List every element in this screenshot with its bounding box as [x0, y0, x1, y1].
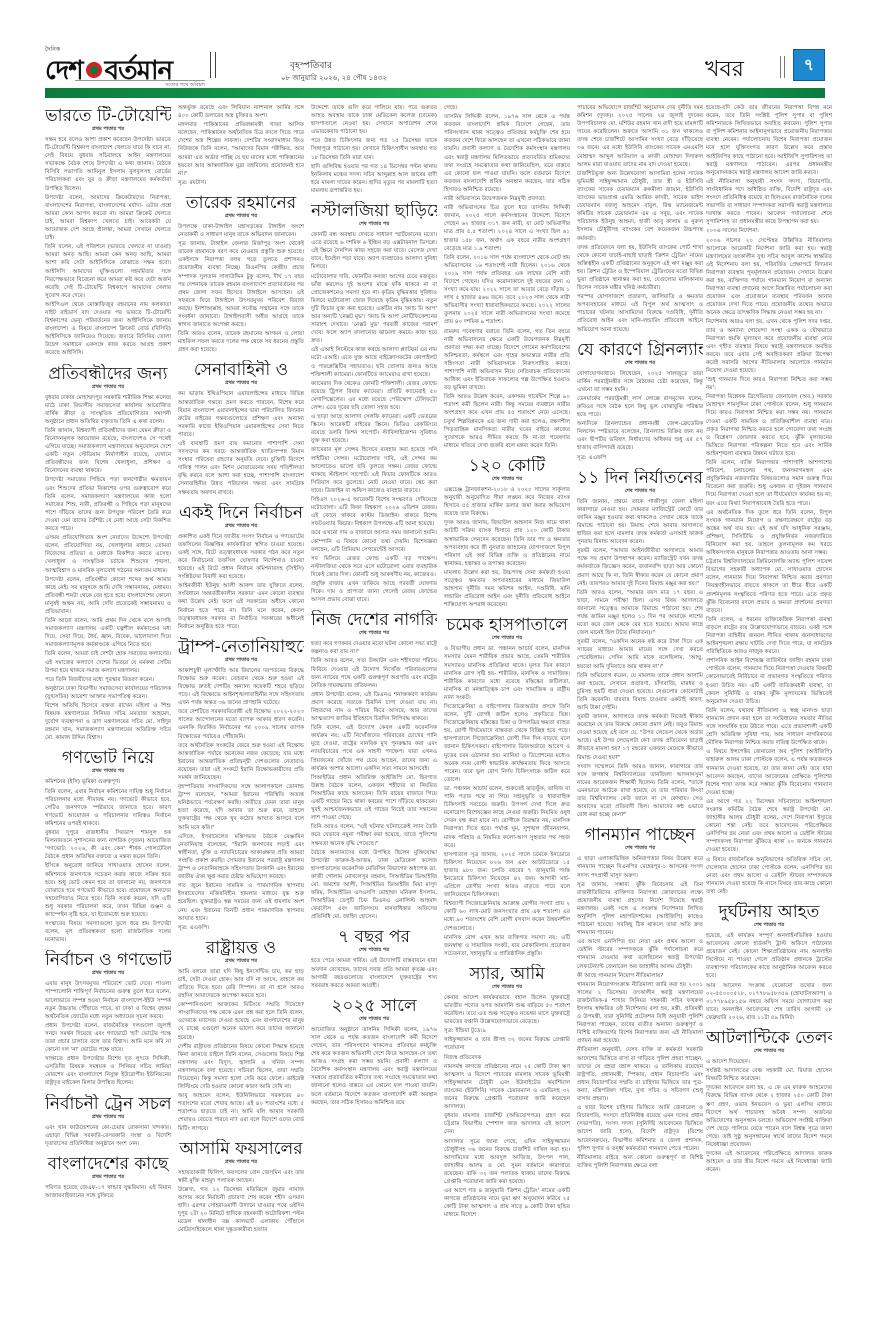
article-body: কেনার আদেশ কার্যকরভাবে বহাল ছিলেন যুক্তর… [444, 994, 570, 1220]
continued-from-label: প্রথম পাতার পর [178, 657, 304, 665]
article[interactable]: গণভোট নিয়েপ্রথম পাতার পরকমিশনের (ইসি) ভ… [45, 748, 171, 944]
paragraph: নীতিমালার বাইরে অন্য কোনো গুরুত্বপূর্ণ ব… [577, 1154, 703, 1170]
article-body: বুধবার ঢাকায় মোহাম্মদপুর সরকারি শারীরিক… [45, 394, 171, 743]
paragraph: এর অর্থনৈতিক দিক তুলে ধরে তিনি বলেন, বিপ… [706, 509, 832, 558]
article[interactable]: একই দিনে নির্বাচনপ্রথম পাতার পরপ্রকাশিত … [178, 503, 304, 631]
paragraph: সুরভী জানান, আদালতে তদন্ত কর্মকর্তা নিজে… [577, 713, 703, 762]
paragraph: ইসিকে অনুরোধ জানিয়ে সাখাওয়াত হোসেন বলে… [45, 862, 171, 919]
article-body: প্রকাশিত একই দিনে জাতীয় সংসদ নির্বাচন ও… [178, 533, 304, 631]
paragraph: সুরভী বলেন, "আমার আইনজীবীরা আদালতে আমার … [577, 547, 703, 587]
continued-from-label: প্রথম পাতার পর [45, 1174, 171, 1182]
paragraph: তিনি বলেন, ব্যক্তি নিরাপত্তার পাশাপাশি আ… [706, 459, 832, 508]
paragraph: তিনি আরও বলেন, "আমার বয়স মাত্র ১৭ বছর। … [577, 589, 703, 638]
article-headline[interactable]: নস্টালজিয়া ছাড়িয়ে [311, 201, 437, 221]
article[interactable]: ট্রাম্প-নেতানিয়াহুকেপ্রথম পাতার পরআকাশচ… [178, 637, 304, 932]
paragraph: সংস্কারের বিষয়ে সমস্যাগুলো তুলে ধরে শ্র… [45, 920, 171, 944]
paragraph: বৃহস্পতিবার সাংবাদিকদের সঙ্গে আলাপকালে ড… [178, 783, 304, 832]
paragraph: বিশ্বব্যাপী সিজোফ্রেনিয়ায় আক্রান্ত রোগ… [444, 900, 570, 932]
article-headline[interactable]: প্রতিবন্ধীদের জন্য [45, 364, 171, 384]
paragraph: সাক্ষাতে প্রধান উপদেষ্টার বিশেষ দূত লুৎফ… [45, 1055, 171, 1087]
paragraph: এ বিষয়ে ইন্সপেক্টর জেনারেল অব পুলিশ (আই… [706, 748, 832, 797]
paragraph: আমি বলবো তারা যদি কিছু ইনসেন্টিভ চায়, ক… [178, 968, 304, 1000]
paragraph: সূত্র জানায়, টাঙ্গাইল জেলার মির্জাপুর অ… [178, 240, 304, 329]
issue-day: বৃহস্পতিবার [290, 58, 332, 73]
paragraph: ২০০৬ সালের ২০ সেপ্টেম্বর উল্লিখিত নীতিমা… [706, 237, 832, 318]
article-body: কমিশনের (ইসি) ভূমিকা গুরুত্বপূর্ণ।তিনি ব… [45, 778, 171, 944]
paragraph: পাচারের অভিযোগে চার্জশিট অনুমোদন দেয় দু… [577, 104, 703, 169]
paragraph: হতে পেরে আমরা গর্বিত। এই উদ্যোগটি বাস্তব… [311, 957, 437, 989]
article-body: আমি বলবো তারা যদি কিছু ইনসেন্টিভ চায়, ক… [178, 968, 304, 1133]
paragraph: রামরুর গবেষণার বরাতে তিনি বলেন, গত তিন ব… [444, 328, 570, 393]
article-body: অন্তর্ভুক্ত রয়েছে এবং লিবিয়ান ন্যাশনাল… [178, 104, 304, 187]
paragraph: সিআইডির প্রধান অতিরিক্ত আইজিপি মো. ছিবগা… [311, 774, 437, 823]
paragraph: প্রধান উপদেষ্টা বলেন, এই ডিএনএ শনাক্তকরণ… [311, 691, 437, 723]
paragraph: উপলক্ষে ঢাকা-টাঙ্গাইল মহাসড়কের টাঙ্গাইল… [178, 223, 304, 239]
article-body: এ আদেশ দিয়েছেন।সংশ্লিষ্ট আদালতের বেঞ্চ … [706, 1058, 832, 1174]
continued-from-label: প্রথম পাতার পর [178, 380, 304, 388]
paragraph: তিনি আরো বলেন, আমি প্রথম দিন থেকে বলে আস… [45, 617, 171, 649]
paragraph: সক্ষম হবে বলেও আশা প্রকাশ করেছেন উপদেষ্ট… [45, 136, 171, 193]
paragraph: কোম্পানিগুলো আজকের মিটিংয়ে সম্মতি দিয়ে… [178, 1001, 304, 1041]
paragraph: সহায়তাকারী ফিলিপ, ফয়সলের বোন জেসমিন এব… [178, 1169, 304, 1185]
paragraph: মঙ্গলবার পাকিস্তানের প্রতিরক্ষামন্ত্রী খ… [178, 121, 304, 178]
paragraph: দুদকের এই আবেদনের পরিপ্রেক্ষিতে আদালত ফা… [706, 1150, 832, 1174]
article[interactable]: নস্টালজিয়া ছাড়িয়েশেষ পাতার পরফোনটি বন… [311, 201, 437, 604]
continued-from-label: শেষ পাতার পর [444, 984, 570, 992]
paragraph: এর আগে গত ৪ জানুয়ারি 'ক্রিশন ট্রেডিং' ন… [444, 1187, 570, 1219]
article-headline[interactable]: গানম্যান পাচ্ছেন [577, 825, 703, 845]
article-body: ফোনটি বন্ধ অবস্থায় দেখতে সাধারণ স্মার্ট… [311, 231, 437, 604]
paragraph: গত জুনে ইরানের সামরিক ও পারমাণবিক স্থাপন… [178, 882, 304, 922]
article-headline[interactable]: স্যার, আমি [444, 964, 570, 984]
article-headline[interactable]: ১১ দিন নির্যাতনের [577, 468, 703, 488]
section-divider [780, 56, 785, 78]
masthead-divider [210, 52, 216, 78]
paragraph: আয়োজিত অনুষ্ঠানে তাসনিম সিদ্দিকী বলেন, … [311, 1026, 437, 1107]
article-body: কম ভাড়ায় ইথিওপিয়ান এয়ারলাইন্সের মাধ্… [178, 390, 304, 496]
article[interactable]: নিজ দেশের নাগরিকশেষ পাতার পরহত্যা করে গণ… [311, 610, 437, 921]
paragraph: তদন্ত প্রতিবেদনে বলা হয়, ইউসিবি ব্যাংকে… [577, 244, 703, 293]
continued-from-label: প্রথম পাতার পর [178, 213, 304, 221]
paragraph: প্রযুক্তি বাজার এখন তাকিয়ে আছে পরবর্তী … [311, 580, 437, 604]
paragraph: তিনি আরও বলেন, তারেক রহমানের আগমন ও লোয়… [178, 330, 304, 354]
paragraph: তিনি অভিযোগ করেন, যে মামলায় তাকে প্রধান… [577, 672, 703, 712]
article[interactable]: উদ্দেশ্যে তাকে গুলি করে পালিয়ে যায়। পর… [311, 104, 437, 195]
article-headline[interactable]: নিজ দেশের নাগরিক [311, 610, 437, 630]
continued-from-label: প্রথম পাতার পর [178, 1159, 304, 1167]
paragraph: চার্জশিটভুক্ত অন্য উল্লেখযোগ্য আসামিরা হ… [577, 170, 703, 243]
paragraph: তিনি জানান, বিশ্বব্যাপী প্রতিবন্ধীদের জন… [45, 427, 171, 476]
paragraph: যোগাযোগমাধ্যমে লিখেছেন, ২০২৫ সালজুড়ে তা… [577, 370, 703, 394]
article-headline[interactable]: নির্বাচন ও গণভোট [45, 950, 171, 970]
paragraph: উদ্দেশ্যে তাকে গুলি করে পালিয়ে যায়। পর… [311, 104, 437, 136]
masthead: দৈনিক দেশবর্তমান সত্যের পথে অবিচল বৃহস্প… [45, 40, 825, 88]
paragraph: কী আছে গানম্যান নিয়োগ নীতিমালায়? [577, 972, 703, 980]
paragraph: ক্যামেরার দিক থেকেও ফোনটি শক্তিশালী। রেজ… [311, 380, 437, 412]
paragraph: হয়েছে-যদি কেউ তার জীবনের নিরাপত্তা বিপন… [706, 104, 832, 177]
paragraph: তবে অর্থনৈতিক সংকটের জেরে শুরু হওয়া এই … [178, 742, 304, 782]
paragraph: সংবাদ সম্মেলনে তিনি আরও জানান, কারাগারে … [577, 763, 703, 820]
article-headline[interactable]: বাংলাদেশের কাছে [45, 1154, 171, 1174]
paragraph: কেনার আদেশ কার্যকরভাবে বহাল ছিলেন যুক্তর… [444, 994, 570, 1026]
continued-from-label: শেষ পাতার পর [311, 630, 437, 638]
paragraph: তিনি আরও উল্লেখ করেন, একসময় গার্মেন্টস … [444, 393, 570, 450]
continued-from-label: শেষ পাতার পর [311, 221, 437, 229]
continued-from-label: শেষ পাতার পর [444, 476, 570, 484]
paragraph: তিনি বলেন, যথাযথ নীতিমালা ও স্বচ্ছ মানদণ… [706, 707, 832, 747]
paragraph: তিনি বলেন, আমরা চাই দেশটা হোক সমাজের কল্… [45, 650, 171, 674]
article-headline[interactable]: ৭ বছর পর [311, 927, 437, 947]
paragraph: ফোনটি বন্ধ অবস্থায় দেখতে সাধারণ স্মার্ট… [311, 231, 437, 271]
article-headline[interactable]: তারেক রহমানের [178, 193, 304, 213]
article-body: তিনি জানান, প্রথমে তাকে গাজীপুর জেলা মহি… [577, 498, 703, 820]
continued-from-label: শেষ পাতার পর [311, 1016, 437, 1024]
paragraph: তিনি জানান, প্রথমে তাকে গাজীপুর জেলা মহি… [577, 498, 703, 547]
article-body: এক্সচেঞ্জ ট্রানজাকশন-২০১৮ ও ২০২০ সালের স… [444, 486, 570, 609]
continued-from-label: প্রথম পাতার পর [45, 768, 171, 776]
continued-from-label: শেষ পাতার পর [577, 488, 703, 496]
paragraph: সিইএস ২০২৬-এ আরেকটি বিশেষ সংস্করণও দেখিয… [311, 496, 437, 528]
article-body: এবং খান ফাউন্ডেশনের কো-চেয়ার রোকসানা খন… [45, 1124, 171, 1148]
paragraph: বুধবার ঢাকায় মোহাম্মদপুর সরকারি শারীরিক… [45, 394, 171, 426]
article-body: সক্ষম হবে বলেও আশা প্রকাশ করেছেন উপদেষ্ট… [45, 136, 171, 358]
article-headline[interactable]: দুর্ঘটনায় আহত [706, 902, 832, 922]
paragraph: তিনি বলেন, এই উদ্যোগ কেবল একটি ফরেনসিক ক… [311, 724, 437, 773]
paragraph: সব মিলিয়ে রেজর ফোল্ড একটি বড় পদক্ষেপ। … [311, 555, 437, 579]
paragraph: আকাশচুম্বী মূল্যস্ফীতি আর রিয়ালের দরপতন… [178, 667, 304, 707]
article-body: উদ্দেশ্যে তাকে গুলি করে পালিয়ে যায়। পর… [311, 104, 437, 195]
continued-from-label: শেষ পাতার পর [706, 1048, 832, 1056]
paragraph: নারী অভিবাসনের চিত্র তুলে ধরে তাসনিম সিদ… [444, 204, 570, 253]
paragraph: এ ছাড়া বিশেষ চাহিদার ভিত্তিতে আর্মি জেন… [577, 1104, 703, 1153]
paragraph: পরিণত হয়েছে জেএফ-১৭ থান্ডার যুদ্ধবিমান।… [45, 1184, 171, 1200]
article[interactable]: সেনাবাহিনী ওপ্রথম পাতার পরকম ভাড়ায় ইথি… [178, 360, 304, 496]
article-headline[interactable]: নির্বাচনী ট্রেন সচল [45, 1094, 171, 1114]
page-number-badge: ৭ [793, 49, 825, 81]
paragraph: হাসপাতাল সূত্র জানায়, ২০২৫ সালে চমেকে ই… [444, 851, 570, 900]
article[interactable]: দুর্ঘটনায় আহতশেষ পাতার পরহয়েছে, এই কার… [706, 902, 832, 1022]
paragraph: অনুষ্ঠানে ঢাকা বিভাগীয় সমাজসেবা কার্যাল… [45, 685, 171, 701]
article[interactable]: নির্বাচন ও গণভোটপ্রথম পাতার পরএবার মানুষ… [45, 950, 171, 1087]
paragraph: সুরভী বলেন, "একদিন অনেক কষ্ট করে টাকা দি… [577, 638, 703, 670]
article[interactable]: ১১ দিন নির্যাতনেরশেষ পাতার পরতিনি জানান,… [577, 468, 703, 820]
continued-from-label: প্রথম পাতার পর [178, 523, 304, 531]
column-2: অন্তর্ভুক্ত রয়েছে এবং লিবিয়ান ন্যাশনাল… [178, 104, 304, 1314]
paragraph: সাইফুজ্জামান ও তার স্ত্রীসহ ৩২ জনের বিরু… [444, 1036, 570, 1052]
paragraph: তবে এখনো দাম ও বাজারে আসার সময় জানানো হ… [311, 529, 437, 553]
article-headline[interactable]: ভারতে টি-টোয়েন্টি [45, 106, 171, 126]
paragraph: এ আদেশ দিয়েছেন। [706, 1058, 832, 1066]
paragraph: এই এআই সিস্টেমে কাজ করছে আলাদা প্ল্যাটফর… [311, 346, 437, 378]
paragraph: উল্লেখ্য, গত ১২ ডিসেম্বর মতিঝিলে জুমার ন… [178, 1186, 304, 1235]
paragraph: অন্তর্ভুক্ত রয়েছে এবং লিবিয়ান ন্যাশনাল… [178, 104, 304, 120]
article-headline[interactable]: ১২০ কোটি [444, 456, 570, 476]
paragraph: ২০০৬ সালের নির্দেশনা: [706, 227, 832, 235]
paragraph: দুদক আরও জানায়, জিয়াউল আহসান নিজ নামে … [444, 519, 570, 568]
article[interactable]: গেছে।তাসনিম সিদ্দিকী বলেন, ১৯৭৬ সাল থেকে… [444, 104, 570, 450]
paragraph: তিনি বলেন, এই পজিশনে (ভারতে খেলতে না যাও… [45, 243, 171, 300]
column-3: উদ্দেশ্যে তাকে গুলি করে পালিয়ে যায়। পর… [311, 104, 437, 1314]
paragraph: নামসর্বস্ব কাগজে প্রতিষ্ঠানের নামে ২৫ কো… [444, 1063, 570, 1112]
paragraph: এ বিষয়ে রাজনৈতিক অনুবিভাগের অতিরিক্ত সচ… [706, 856, 832, 896]
paragraph: তবে দেশটিতে সরকারবিরোধী এই বিক্ষোভ ২০২২-… [178, 708, 304, 740]
paragraph: তিনি আরও বলেন, সত্য উদ্ঘাটন এবং শহীদদের … [311, 657, 437, 689]
article-headline[interactable]: রাষ্ট্রায়ত্ত ও [178, 938, 304, 958]
article-headline[interactable]: আসামি ফয়সালের [178, 1139, 304, 1159]
article-body: ও বিভাগীয় প্রধান ডা. পঞ্চানন আচার্য বলে… [444, 645, 570, 958]
article[interactable]: ১২০ কোটিশেষ পাতার পরএক্সচেঞ্জ ট্রানজাকশন… [444, 456, 570, 609]
article-headline[interactable]: একই দিনে নির্বাচন [178, 503, 304, 523]
paragraph: পরে উন্নত চিকিৎসার জন্য গত ১৫ ডিসেম্বর ত… [311, 137, 437, 161]
article[interactable]: যে কারণে গ্রিনল্যান্ডশেষ পাতার পরযোগাযোগ… [577, 340, 703, 462]
article-headline[interactable]: ট্রাম্প-নেতানিয়াহুকে [178, 637, 304, 657]
paragraph: এসময় প্রতিযোগিতায় অংশ নেয়াদের উদ্দেশ্… [45, 534, 171, 574]
paragraph: বিশেষ অতিথি হিসেবে বক্তব্য রাখেন মহিলা ও… [45, 702, 171, 742]
paragraph: চট্টগ্রাম বিশ্ববিদ্যালয়ের ক্রিমিনোলজি অ… [706, 558, 832, 615]
paragraph: এদিকে, ইসরায়েলের মন্ত্রিসভার বৈঠকে বেঞ্… [178, 833, 304, 882]
paragraph: এক্সচেঞ্জ ট্রানজাকশন-২০১৮ ও ২০২০ সালের স… [444, 486, 570, 518]
article[interactable]: তারেক রহমানেরপ্রথম পাতার পরউপলক্ষে ঢাকা-… [178, 193, 304, 355]
article-body: পাচারের অভিযোগে চার্জশিট অনুমোদন দেয় দু… [577, 104, 703, 334]
article-body: যোগাযোগমাধ্যমে লিখেছেন, ২০২৫ সালজুড়ে তা… [577, 370, 703, 462]
article[interactable]: অন্তর্ভুক্ত রয়েছে এবং লিবিয়ান ন্যাশনাল… [178, 104, 304, 187]
article-body: হয়েছে, এই কার্যক্রম সম্পূর্ণ অনলাইনভিত্… [706, 932, 832, 1022]
article-body: এবার মানুষ উৎসবমুখর পরিবেশে ভোট দেবে। পা… [45, 980, 171, 1087]
paragraph: ডা. পঞ্চানন আচার্য বলেন, শুরুতেই ঝাড়ফুঁ… [444, 785, 570, 850]
article-body: হতে পেরে আমরা গর্বিত। এই উদ্যোগটি বাস্তব… [311, 957, 437, 989]
paragraph: নির্দেশনায় আরও বলা হয়, এখন থেকে পুলিশ … [706, 318, 832, 375]
continued-from-label: প্রথম পাতার পর [178, 958, 304, 966]
paragraph: আবু আহমেদ বলেন, ইউনিলিভারে সরকারের ৪০ শত… [178, 1092, 304, 1132]
paragraph: সূত্র: ইন্ডিয়া টুডে।৯ [444, 1027, 570, 1035]
paragraph: দুদকের আবেদনে বলা হয়, এ কে এম ফারুক আহম… [706, 1084, 832, 1149]
paragraph: সূত্র: রয়টার্স। [178, 179, 304, 187]
paragraph: আইনজীবী ইউনুছ আলী আকন্দ তার যুক্তিতে বলে… [178, 582, 304, 631]
article[interactable]: বাংলাদেশের কাছেপ্রথম পাতার পরপরিণত হয়েছ… [45, 1154, 171, 1200]
paragraph: এ ছাড়া আছে আলাদা সেলফি ক্যামেরা। একটি ভ… [311, 413, 437, 445]
paragraph: তাসনিম সিদ্দিকী বলেন, ১৯৭৬ সাল থেকে এ পর… [444, 113, 570, 194]
masthead-green-rule [45, 88, 825, 98]
paragraph: উপদেষ্টা বলেন, আমাদের ক্রিকেটারদের নিরাপ… [45, 194, 171, 243]
paragraph: মটোরোলার দাবি, ফোনটির কবজা আগের চেয়ে মজ… [311, 273, 437, 346]
paragraph: হত্যা করে গণকবর দেওয়ার মতো ঘটনা কোনো সভ… [311, 640, 437, 656]
issue-date: ০৮ জানুয়ারি ২০২৬, ২৪ পৌষ ১৪৩২ [281, 72, 387, 84]
article[interactable]: রাষ্ট্রায়ত্ত ওপ্রথম পাতার পরআমি বলবো তা… [178, 938, 304, 1133]
article-headline[interactable]: ২০২৫ সালে [311, 996, 437, 1016]
paragraph: বুধবার মামলার চার্জশিট (অভিযোগপত্র) গ্রহ… [444, 1112, 570, 1136]
paragraph: পরে তিনি বিজয়ীদের মধ্যে পুরস্কার বিতরণ … [45, 676, 171, 684]
paragraph: নীতিমালা অনুযায়ী, যেসব ব্যক্তি বা কর্মক… [577, 1046, 703, 1103]
continued-from-label: প্রথম পাতার পর [45, 1114, 171, 1122]
article-body: আয়োজিত অনুষ্ঠানে তাসনিম সিদ্দিকী বলেন, … [311, 1026, 437, 1107]
continued-from-label: শেষ পাতার পর [706, 922, 832, 930]
continued-from-label: শেষ পাতার পর [577, 845, 703, 853]
paragraph: উপদেষ্টা বলেন, প্রতিবন্ধীর কোনো শব্দের অ… [45, 576, 171, 616]
column-6: হয়েছে-যদি কেউ তার জীবনের নিরাপত্তা বিপন… [706, 104, 832, 1314]
article-body: গেছে।তাসনিম সিদ্দিকী বলেন, ১৯৭৬ সাল থেকে… [444, 104, 570, 450]
paragraph: ক্যামেরার মূল সেন্সর হিসেবে ব্যবহার করা … [311, 446, 437, 495]
continued-from-label: প্রথম পাতার পর [45, 384, 171, 392]
article[interactable]: প্রতিবন্ধীদের জন্যপ্রথম পাতার পরবুধবার ঢ… [45, 364, 171, 743]
article-body: এ ছাড়া এলাকাভিত্তিক অনিরাপত্তার বিষয় উ… [577, 855, 703, 1170]
continued-from-label: প্রথম পাতার পর [45, 126, 171, 134]
paragraph: সূত্র: এএফপি [577, 454, 703, 462]
article-headline[interactable]: আটলান্টিকে তেলবাহী [706, 1028, 832, 1048]
continued-from-label: শেষ পাতার পর [577, 360, 703, 368]
paragraph: এই ব্যবস্থাটি ভ্রমণ ব্যয় কমানোর পাশাপাশ… [178, 440, 304, 497]
paragraph: হয়েছে, এই কার্যক্রম সম্পূর্ণ অনলাইনভিত্… [706, 932, 832, 981]
paragraph: আইপিএল থেকে মোস্তাফিজুর রহমানের নাম কলকা… [45, 301, 171, 358]
article[interactable]: পাচারের অভিযোগে চার্জশিট অনুমোদন দেয় দু… [577, 104, 703, 334]
article[interactable]: নির্বাচনী ট্রেন সচলপ্রথম পাতার পরএবং খান… [45, 1094, 171, 1148]
paragraph: ডেনমার্কের পররাষ্ট্রমন্ত্রী লার্স লোক্কে… [577, 395, 703, 419]
column-5: পাচারের অভিযোগে চার্জশিট অনুমোদন দেয় দু… [577, 104, 703, 1314]
paragraph: তিনি বলেন, ২০১৬ সাল পর্যন্ত বাংলাদেশ থেক… [444, 254, 570, 327]
paragraph: তিনি বলেন, এ ধরনের ব্যক্তিকেন্দ্রিক নিরা… [706, 616, 832, 656]
article-body: আকাশচুম্বী মূল্যস্ফীতি আর রিয়ালের দরপতন… [178, 667, 304, 932]
paragraph: বৈঠকে অন্যান্যদের মধ্যে উপস্থিত ছিলেন মু… [311, 849, 437, 922]
paragraph: প্রধান উপদেষ্টা বলেন, রাজনৈতিক দলগুলো জু… [45, 1022, 171, 1054]
paragraph: এই নীতিমালা অনুযায়ী সংসদ সদস্য, বিচারপত… [706, 178, 832, 227]
paragraph: দেশীয় রাষ্ট্রায়ত্ত প্রতিষ্ঠানের বিষয়ে… [178, 1043, 304, 1092]
paragraph: গেছে। [444, 104, 570, 112]
paragraph: এর আগে গত ২২ ডিসেম্বর সচিবালয়ে আইনশৃঙ্খ… [706, 798, 832, 855]
article-headline[interactable]: যে কারণে গ্রিনল্যান্ড [577, 340, 703, 360]
article-body: হত্যা করে গণকবর দেওয়ার মতো ঘটনা কোনো সভ… [311, 640, 437, 921]
paragraph: ও বিভাগীয় প্রধান ডা. পঞ্চানন আচার্য বলে… [444, 645, 570, 702]
article-headline[interactable]: গণভোট নিয়ে [45, 748, 171, 768]
article[interactable]: আটলান্টিকে তেলবাহীশেষ পাতার পরএ আদেশ দিয… [706, 1028, 832, 1174]
paragraph: মানসিক রোগ এখন আর ব্যক্তিগত সমস্যা নয়; … [444, 934, 570, 958]
article[interactable]: হয়েছে-যদি কেউ তার জীবনের নিরাপত্তা বিপন… [706, 104, 832, 896]
article-headline[interactable]: চমেক হাসপাতালে [444, 615, 570, 635]
column-4: গেছে।তাসনিম সিদ্দিকী বলেন, ১৯৭৬ সাল থেকে… [444, 104, 570, 1314]
article[interactable]: ৭ বছর পরশেষ পাতার পরহতে পেরে আমরা গর্বিত… [311, 927, 437, 989]
column-1: ভারতে টি-টোয়েন্টিপ্রথম পাতার পরসক্ষম হব… [45, 104, 171, 1314]
article-body: পরিণত হয়েছে জেএফ-১৭ থান্ডার যুদ্ধবিমান।… [45, 1184, 171, 1200]
paragraph: আদালত সূত্রে জানা গেছে, এদিন সাইফুজ্জামা… [444, 1138, 570, 1187]
paragraph: নিজস্ব প্রতিবেদক [444, 1054, 570, 1062]
paragraph: তিনি আরও বলেন, "এই ঘটনার ঘটনাচক্রেই ল্যা… [311, 823, 437, 847]
paragraph: সূত্র জানায়, সম্ভাব্য ঝুঁকি বিবেচনায় এ… [577, 881, 703, 938]
article-body: হয়েছে-যদি কেউ তার জীবনের নিরাপত্তা বিপন… [706, 104, 832, 896]
article-body: সহায়তাকারী ফিলিপ, ফয়সলের বোন জেসমিন এব… [178, 1169, 304, 1235]
article[interactable]: গানম্যান পাচ্ছেনশেষ পাতার পরএ ছাড়া এলাক… [577, 825, 703, 1170]
paragraph: কম ভাড়ায় ইথিওপিয়ান এয়ারলাইন্সের মাধ্… [178, 390, 304, 439]
bangladesh-map-icon [86, 62, 102, 78]
paragraph: অন্যদিকে গ্রিনল্যান্ডের প্রধানমন্ত্রী জে… [577, 420, 703, 452]
paragraph: এ ছাড়া এলাকাভিত্তিক অনিরাপত্তার বিষয় উ… [577, 855, 703, 879]
paragraph: তিনি বলেন, এবার নির্বাচন কমিশনের দায়িত্… [45, 788, 171, 828]
paragraph: হাদি গুলিবিদ্ধ হওয়ার পর গত ১৪ ডিসেম্বর … [311, 163, 437, 195]
paragraph: সূত্র: এএফপি। [178, 924, 304, 932]
paragraph: গানম্যান নিয়োগসংক্রান্ত নীতিমালা জারি ক… [577, 981, 703, 1046]
paragraph: সংশ্লিষ্ট আদালতের বেঞ্চ সহকারী মো. রিয়া… [706, 1067, 832, 1083]
paragraph: এবং খান ফাউন্ডেশনের কো-চেয়ার রোকসানা খন… [45, 1124, 171, 1148]
article[interactable]: ২০২৫ সালেশেষ পাতার পরআয়োজিত অনুষ্ঠানে ত… [311, 996, 437, 1107]
article[interactable]: ভারতে টি-টোয়েন্টিপ্রথম পাতার পরসক্ষম হব… [45, 106, 171, 358]
paragraph: 'শুধু গানম্যান দিয়ে কারও নিরাপত্তা নিশ্… [706, 376, 832, 392]
paragraph: এবার মানুষ উৎসবমুখর পরিবেশে ভোট দেবে। পা… [45, 980, 171, 1020]
paragraph: প্রশাসনিক আইন বিশেষজ্ঞ ব্যারিস্টার জাহিদ… [706, 657, 832, 706]
paragraph: এর আগে এনসিপির ছয় নেতা এবং প্রথম আলো ও … [577, 938, 703, 970]
article-body: উপলক্ষে ঢাকা-টাঙ্গাইল মহাসড়কের টাঙ্গাইল… [178, 223, 304, 355]
paragraph: কমিশনের (ইসি) ভূমিকা গুরুত্বপূর্ণ। [45, 778, 171, 786]
paragraph: সিজোফ্রেনিয়া ও বাইপোলার ডিজঅর্ডার প্রসঙ… [444, 703, 570, 784]
article[interactable]: স্যার, আমিশেষ পাতার পরকেনার আদেশ কার্যকর… [444, 964, 570, 1220]
continued-from-label: শেষ পাতার পর [311, 947, 437, 955]
article[interactable]: চমেক হাসপাতালেশেষ পাতার পরও বিভাগীয় প্র… [444, 615, 570, 958]
paragraph: আর আবেদন সংক্রান্ত যেকোনো তথ্যের জন্য ০২… [706, 982, 832, 1022]
paragraph: প্রকাশিত একই দিনে জাতীয় সংসদ নির্বাচন ও… [178, 533, 304, 582]
section-title: খবর [705, 52, 744, 89]
article-headline[interactable]: সেনাবাহিনী ও [178, 360, 304, 380]
paragraph: পরস্পর যোগসাজশে প্রতারণা, জালিয়াতি ও ক্… [577, 293, 703, 333]
paragraph: নারী অভিবাসনে উদ্বেগজনক নিম্নমুখী প্রবণত… [444, 195, 570, 203]
continued-from-label: প্রথম পাতার পর [45, 970, 171, 978]
continued-from-label: শেষ পাতার পর [444, 635, 570, 643]
paragraph: নিরাপত্তা বিশ্লেষক ব্রিগেডিয়ার জেনারেল … [706, 393, 832, 458]
paragraph: মামলায় উল্লেখ করা হয়, উচ্চপদস্থ সেনা ক… [444, 569, 570, 609]
paragraph: উপদেষ্টা সমাজের পিছিয়ে পড়া জনগোষ্ঠীর ক… [45, 476, 171, 533]
paragraph: বুধবার দুপুরে রাজধানীর সিরডাপ শামসুল হক … [45, 829, 171, 861]
article[interactable]: আসামি ফয়সালেরপ্রথম পাতার পরসহায়তাকারী … [178, 1139, 304, 1235]
